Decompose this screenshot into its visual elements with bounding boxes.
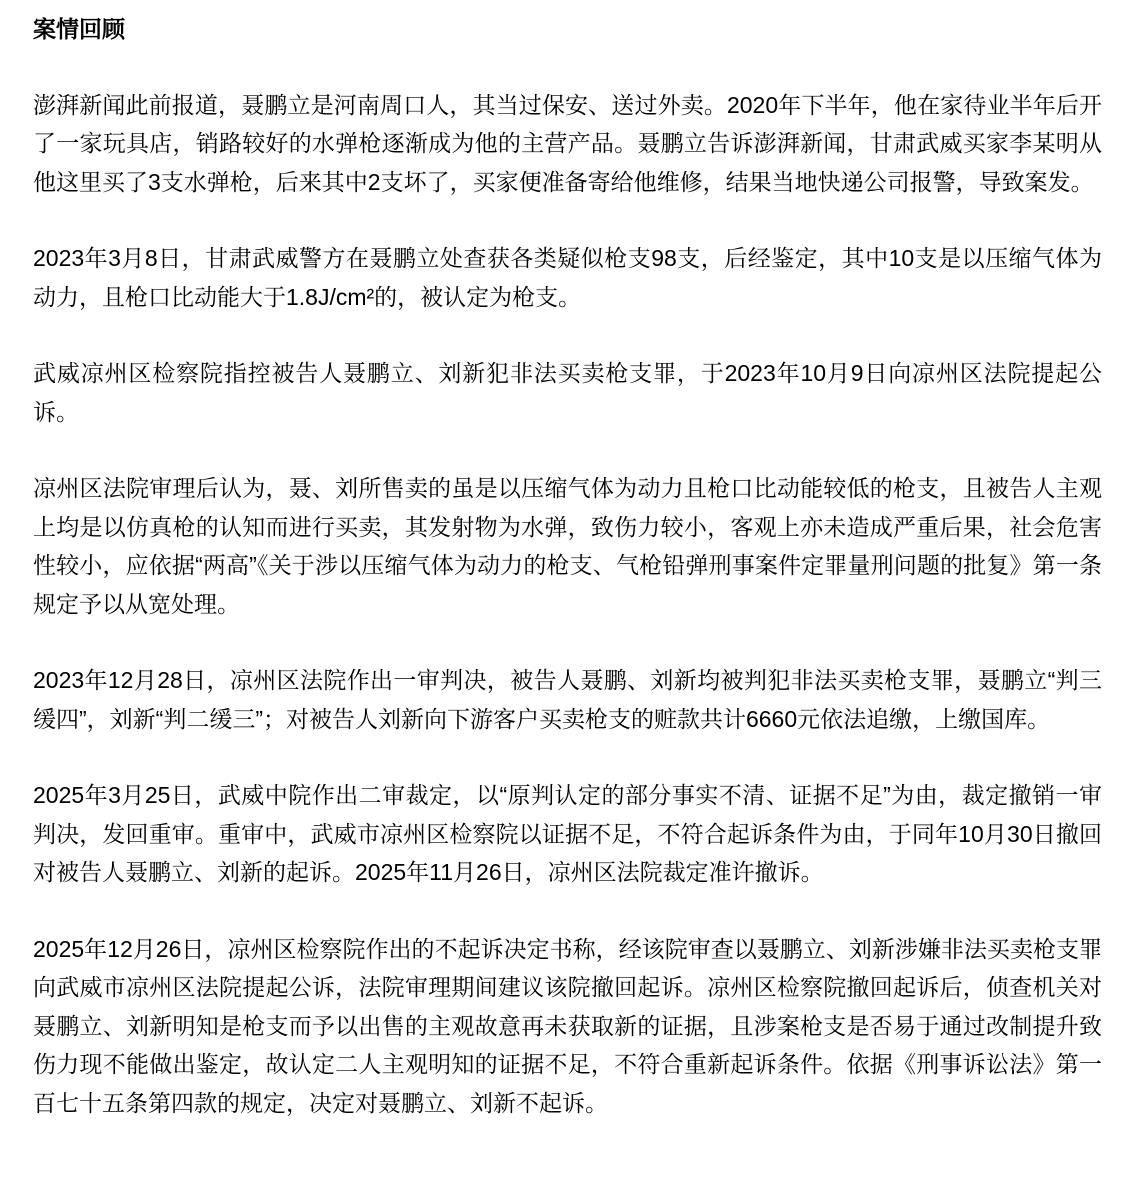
article-paragraph-second-instance-ruling: 2025年3月25日，武威中院作出二审裁定，以“原判认定的部分事实不清、证据不足… [33,776,1102,892]
article-paragraph-case-background: 澎湃新闻此前报道，聂鹏立是河南周口人，其当过保安、送过外卖。2020年下半年，他… [33,86,1102,202]
article-body: 案情回顾 澎湃新闻此前报道，聂鹏立是河南周口人，其当过保安、送过外卖。2020年… [0,0,1135,1162]
article-heading: 案情回顾 [33,10,1102,49]
article-paragraph-non-prosecution-decision: 2025年12月26日，凉州区检察院作出的不起诉决定书称，经该院审查以聂鹏立、刘… [33,930,1102,1123]
article-paragraph-first-instance-verdict: 2023年12月28日，凉州区法院作出一审判决，被告人聂鹏、刘新均被判犯非法买卖… [33,661,1102,738]
article-paragraph-prosecution: 武威凉州区检察院指控被告人聂鹏立、刘新犯非法买卖枪支罪，于2023年10月9日向… [33,354,1102,431]
article-paragraph-court-opinion: 凉州区法院审理后认为，聂、刘所售卖的虽是以压缩气体为动力且枪口比动能较低的枪支，… [33,469,1102,623]
article-paragraph-police-seizure: 2023年3月8日，甘肃武威警方在聂鹏立处查获各类疑似枪支98支，后经鉴定，其中… [33,239,1102,316]
